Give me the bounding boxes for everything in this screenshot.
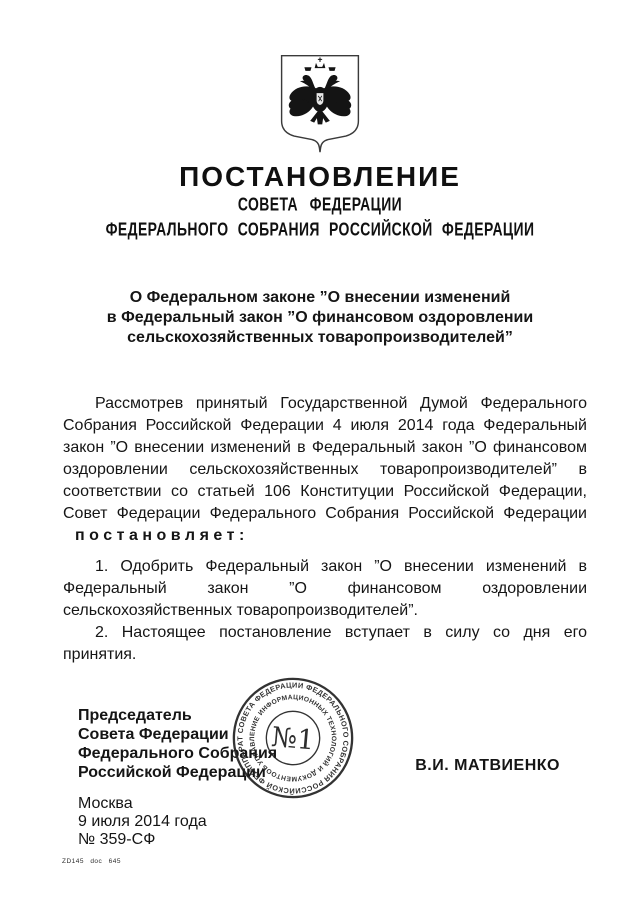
print-code: ZD145 doc 645 <box>62 858 121 865</box>
resolution-item-1: 1. Одобрить Федеральный закон ”О внесени… <box>63 556 587 622</box>
subject-title: О Федеральном законе ”О внесении изменен… <box>0 288 640 348</box>
footer-city: Москва <box>78 795 207 813</box>
resolution-items: 1. Одобрить Федеральный закон ”О внесени… <box>63 556 587 666</box>
stamp-number: №1 <box>270 722 315 757</box>
doc-type-title: ПОСТАНОВЛЕНИЕ <box>0 161 640 193</box>
subject-line: О Федеральном законе ”О внесении изменен… <box>0 288 640 308</box>
org-name-line2: ФЕДЕРАЛЬНОГО СОБРАНИЯ РОССИЙСКОЙ ФЕДЕРАЦ… <box>58 219 583 240</box>
signee-name: В.И. МАТВИЕНКО <box>415 757 560 775</box>
footer-block: Москва 9 июля 2014 года № 359-СФ <box>78 795 207 849</box>
document-body: Рассмотрев принятый Государственной Думо… <box>63 393 587 666</box>
resolves-word: постановляет: <box>75 525 587 547</box>
subject-line: в Федеральный закон ”О финансовом оздоро… <box>0 308 640 328</box>
document-page: ПОСТАНОВЛЕНИЕ СОВЕТА ФЕДЕРАЦИИ ФЕДЕРАЛЬН… <box>0 0 640 905</box>
official-stamp: АППАРАТ СОВЕТА ФЕДЕРАЦИИ ФЕДЕРАЛЬНОГО СО… <box>225 670 362 807</box>
coat-of-arms-icon <box>274 53 366 153</box>
org-name-line1: СОВЕТА ФЕДЕРАЦИИ <box>58 194 583 215</box>
resolution-item-2: 2. Настоящее постановление вступает в си… <box>63 622 587 666</box>
preamble-paragraph: Рассмотрев принятый Государственной Думо… <box>63 393 587 525</box>
footer-number: № 359-СФ <box>78 831 207 849</box>
footer-date: 9 июля 2014 года <box>78 813 207 831</box>
subject-line: сельскохозяйственных товаропроизводителе… <box>0 328 640 348</box>
